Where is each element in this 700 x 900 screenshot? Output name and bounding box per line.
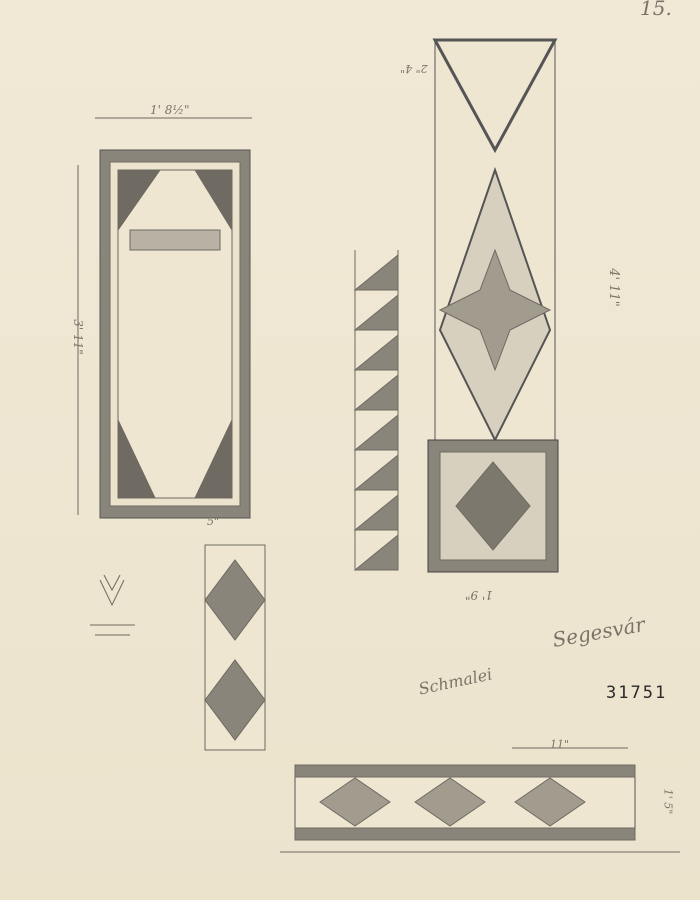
pencil-drawing — [0, 0, 700, 900]
dim-panel-border: 5" — [207, 515, 219, 528]
dim-strip-height: 4' 11" — [606, 268, 621, 307]
arrow-motif-drawing — [90, 575, 135, 635]
dim-panel-width: 1' 8½" — [150, 103, 190, 117]
dim-border-height: 1' 5" — [661, 789, 674, 815]
dim-square-width: 1' 9" — [465, 588, 493, 602]
framed-panel-drawing — [78, 118, 252, 518]
dim-border-width: 11" — [550, 738, 569, 751]
chevron-strip-drawing — [205, 545, 265, 750]
zigzag-strip-drawing — [355, 250, 398, 570]
star-strip-drawing — [428, 40, 558, 572]
page-number: 15. — [640, 0, 672, 20]
border-band-drawing — [280, 748, 680, 852]
dim-strip-top: 2" 4" — [400, 62, 428, 75]
dim-panel-height: 3' 11" — [71, 319, 85, 355]
inventory-number: 31751 — [606, 683, 667, 703]
